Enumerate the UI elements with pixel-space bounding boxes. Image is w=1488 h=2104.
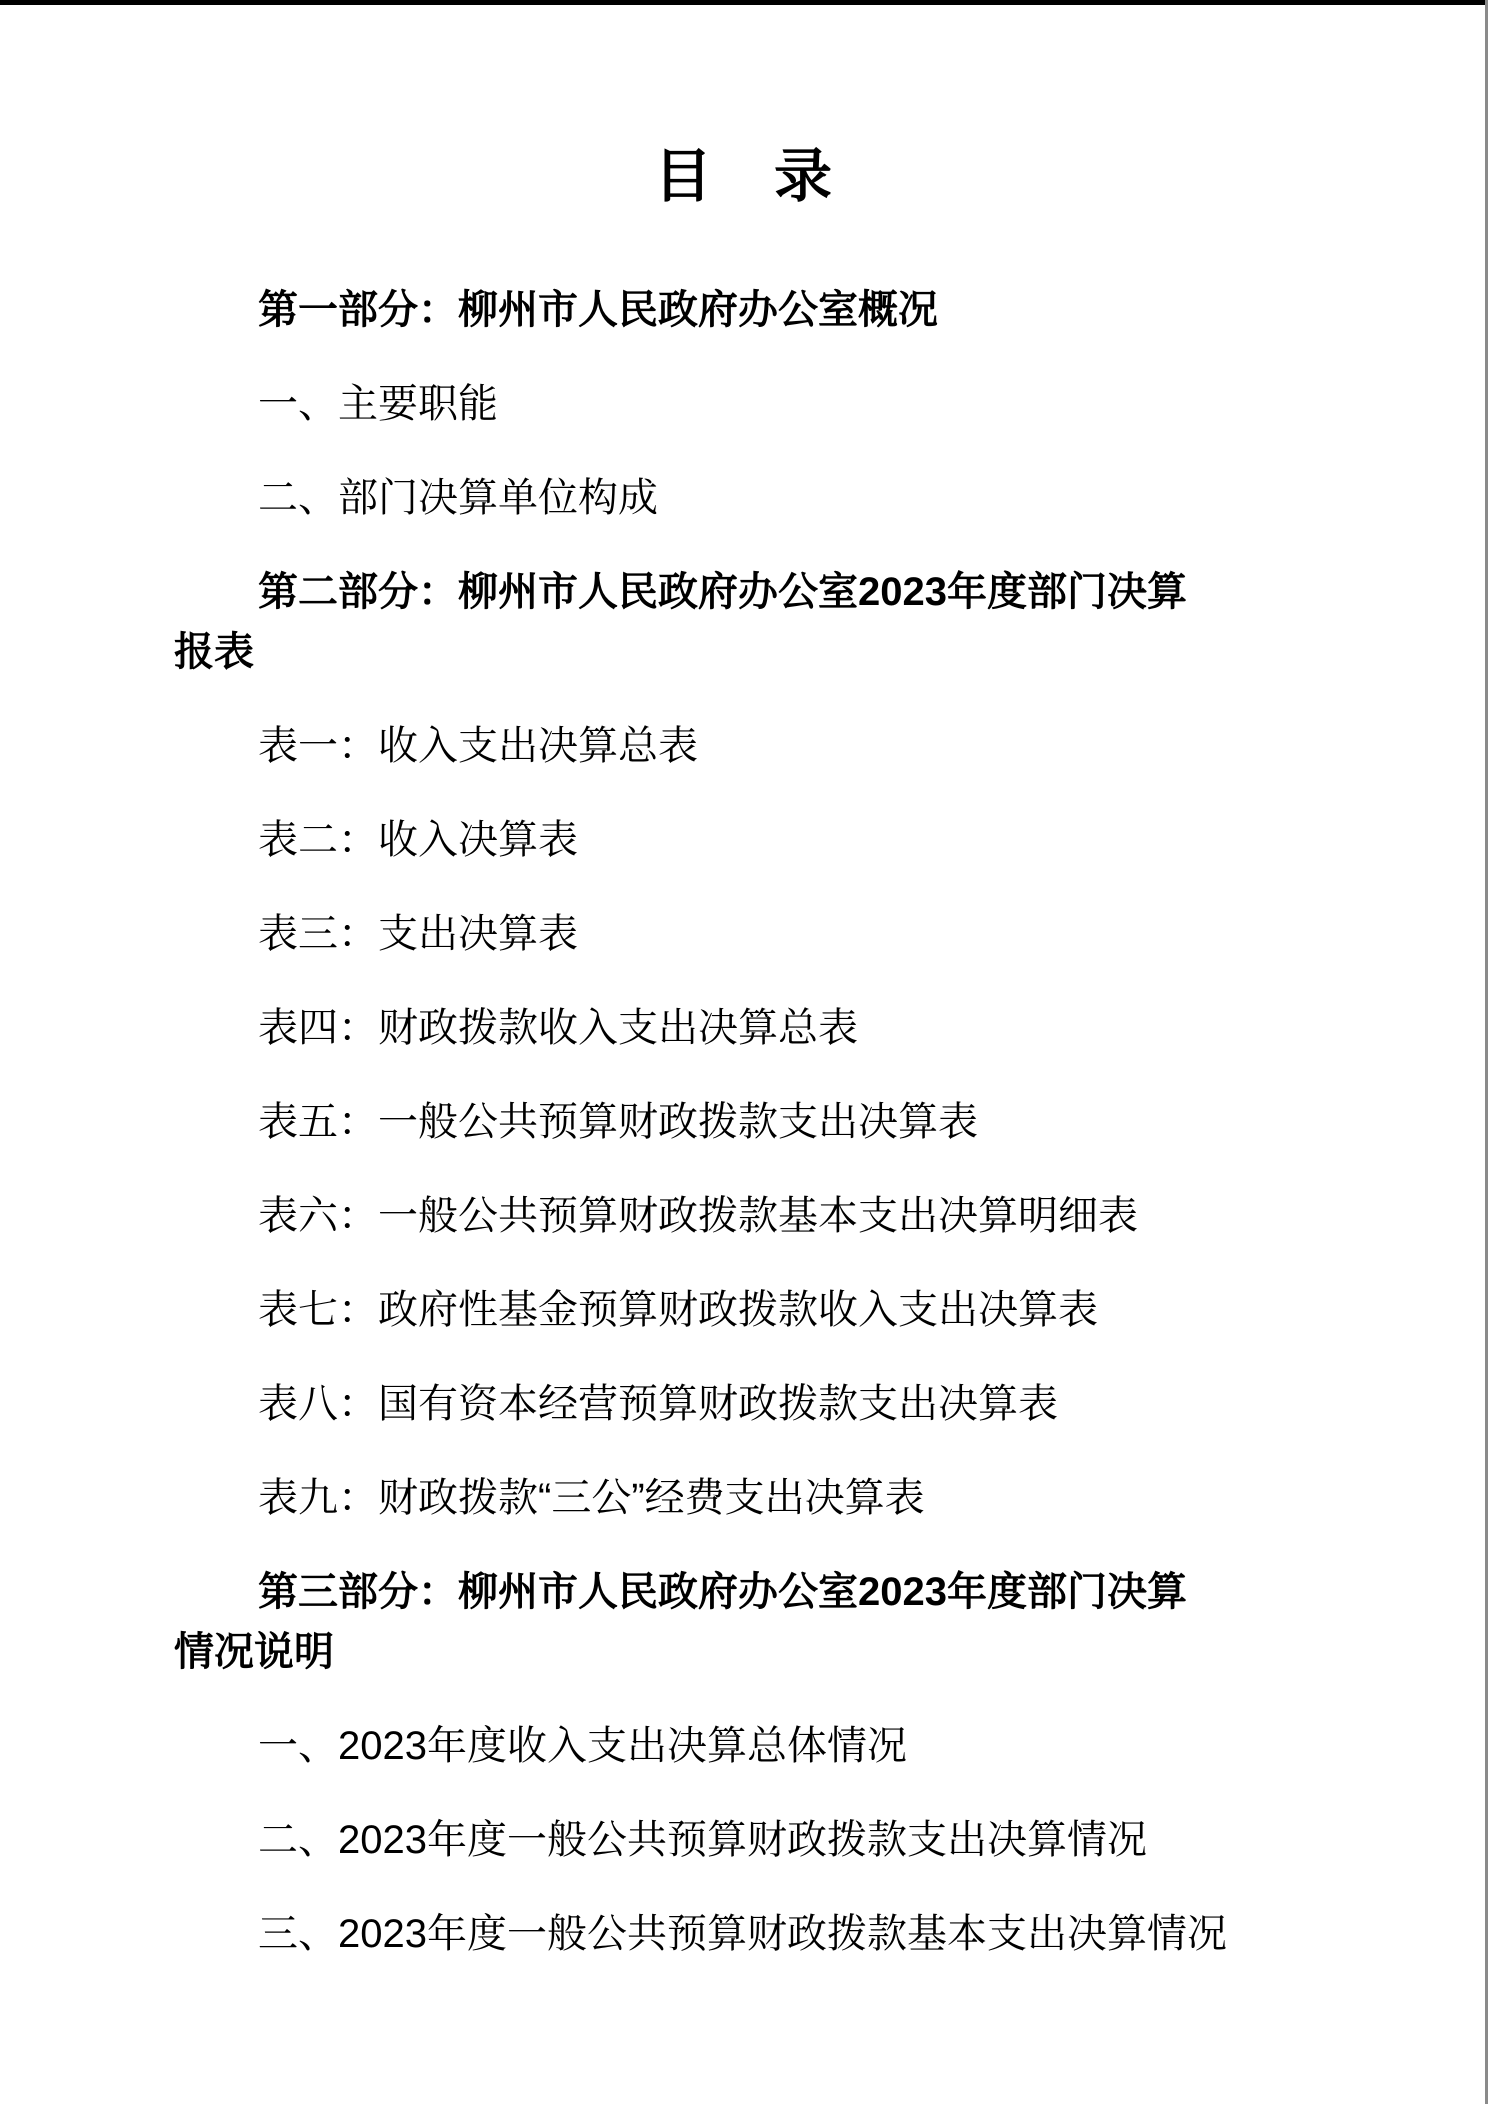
part3-item-3: 三、2023年度一般公共预算财政拨款基本支出决算情况 bbox=[174, 1904, 1314, 1964]
part2-table-3: 表三：支出决算表 bbox=[174, 904, 1314, 964]
toc-content: 目 录 第一部分：柳州市人民政府办公室概况 一、主要职能 二、部门决算单位构成 … bbox=[174, 0, 1314, 1998]
part2-table-7: 表七：政府性基金预算财政拨款收入支出决算表 bbox=[174, 1280, 1314, 1340]
toc-page-title: 目 录 bbox=[174, 147, 1314, 207]
part3-heading-line2: 情况说明 bbox=[174, 1622, 1314, 1682]
part3-heading-line1: 第三部分：柳州市人民政府办公室2023年度部门决算 bbox=[174, 1562, 1314, 1622]
document-page: { "doc": { "title": "目 录", "part1": { "h… bbox=[0, 0, 1488, 2104]
part2-heading: 第二部分：柳州市人民政府办公室2023年度部门决算 报表 bbox=[174, 562, 1314, 682]
part2-table-9: 表九：财政拨款“三公”经费支出决算表 bbox=[174, 1468, 1314, 1528]
part1-item-main-duties: 一、主要职能 bbox=[174, 374, 1314, 434]
part3-item-1: 一、2023年度收入支出决算总体情况 bbox=[174, 1716, 1314, 1776]
part1-heading: 第一部分：柳州市人民政府办公室概况 bbox=[174, 280, 1314, 340]
part1-item-unit-composition: 二、部门决算单位构成 bbox=[174, 468, 1314, 528]
part3-heading: 第三部分：柳州市人民政府办公室2023年度部门决算 情况说明 bbox=[174, 1562, 1314, 1682]
part2-table-1: 表一：收入支出决算总表 bbox=[174, 716, 1314, 776]
part2-table-2: 表二：收入决算表 bbox=[174, 810, 1314, 870]
part2-table-4: 表四：财政拨款收入支出决算总表 bbox=[174, 998, 1314, 1058]
part3-item-2: 二、2023年度一般公共预算财政拨款支出决算情况 bbox=[174, 1810, 1314, 1870]
part2-table-5: 表五：一般公共预算财政拨款支出决算表 bbox=[174, 1092, 1314, 1152]
part2-heading-line2: 报表 bbox=[174, 622, 1314, 682]
part2-table-6: 表六：一般公共预算财政拨款基本支出决算明细表 bbox=[174, 1186, 1314, 1246]
part2-heading-line1: 第二部分：柳州市人民政府办公室2023年度部门决算 bbox=[174, 562, 1314, 622]
part2-table-8: 表八：国有资本经营预算财政拨款支出决算表 bbox=[174, 1374, 1314, 1434]
